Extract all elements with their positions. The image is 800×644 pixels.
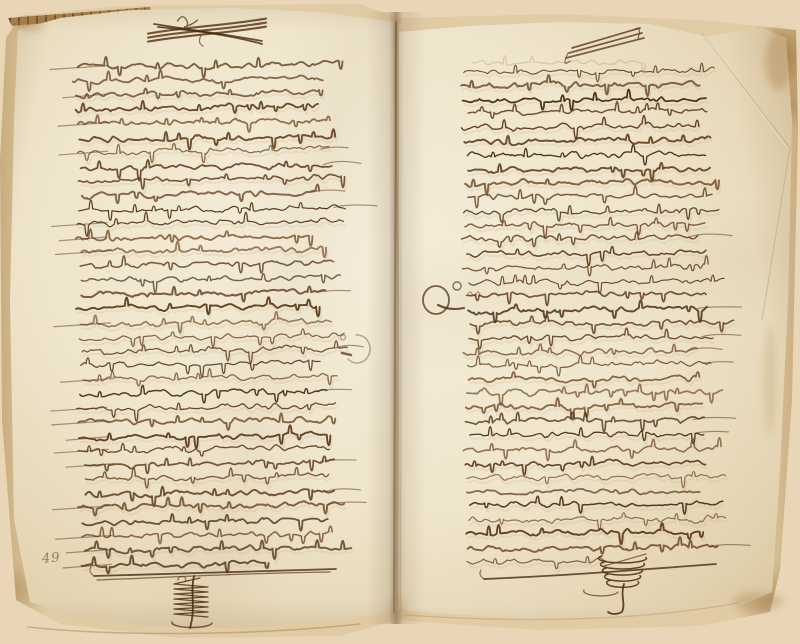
manuscript-spread-photo: 49 [0, 0, 800, 644]
folio-number: 49 [41, 550, 61, 567]
binding-gutter [366, 12, 426, 624]
